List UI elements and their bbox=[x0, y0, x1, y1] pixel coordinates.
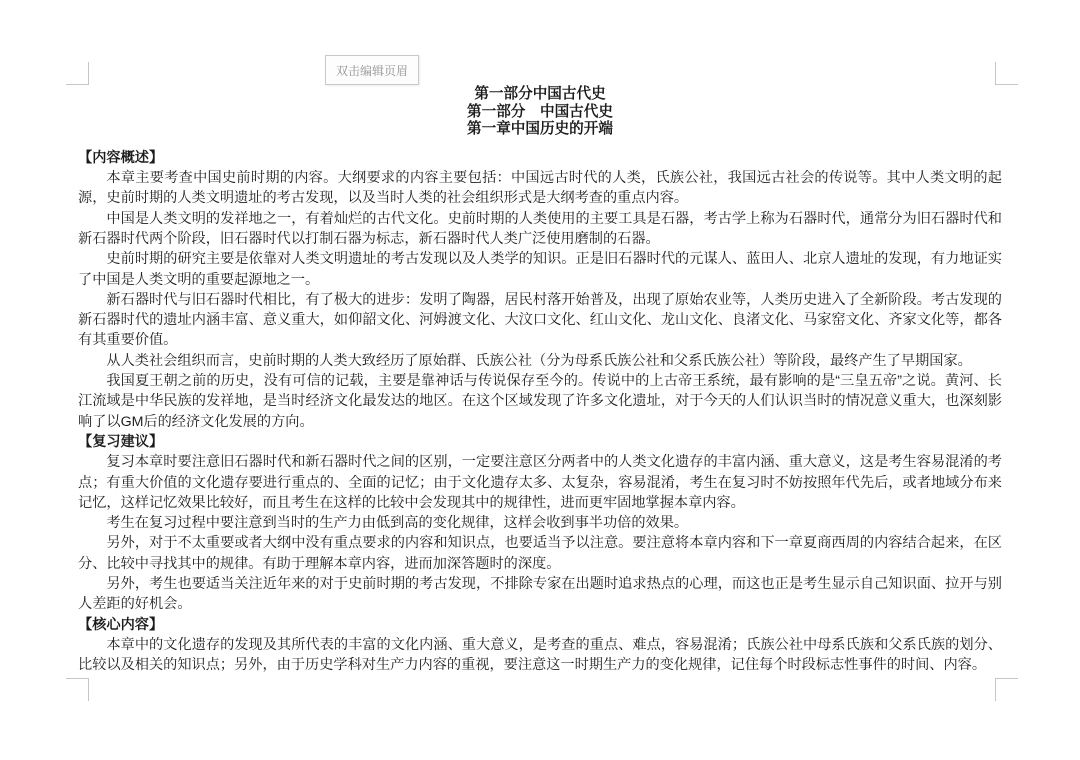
margin-corner-mark-top-left bbox=[66, 62, 89, 85]
paragraph: 本章主要考查中国史前时期的内容。大纲要求的内容主要包括：中国远古时代的人类，氏族… bbox=[78, 168, 1002, 209]
header-edit-placeholder[interactable]: 双击编辑页眉 bbox=[325, 55, 419, 85]
margin-corner-mark-bottom-right bbox=[995, 678, 1018, 701]
margin-corner-mark-top-right bbox=[995, 62, 1018, 85]
paragraph: 史前时期的研究主要是依靠对人类文明遗址的考古发现以及人类学的知识。正是旧石器时代… bbox=[78, 249, 1002, 290]
section-content-overview: 【内容概述】 本章主要考查中国史前时期的内容。大纲要求的内容主要包括：中国远古时… bbox=[78, 148, 1002, 432]
paragraph: 复习本章时要注意旧石器时代和新石器时代之间的区别，一定要注意区分两者中的人类文化… bbox=[78, 452, 1002, 513]
paragraph: 本章中的文化遗存的发现及其所代表的丰富的文化内涵、重大意义，是考查的重点、难点，… bbox=[78, 635, 1002, 676]
paragraph: 另外，对于不太重要或者大纲中没有重点要求的内容和知识点，也要适当予以注意。要注意… bbox=[78, 533, 1002, 574]
paragraph: 从人类社会组织而言，史前时期的人类大致经历了原始群、氏族公社（分为母系氏族公社和… bbox=[78, 351, 1002, 371]
title-block: 第一部分中国古代史 第一部分 中国古代史 第一章中国历史的开端 bbox=[78, 86, 1002, 139]
doc-title-line-3: 第一章中国历史的开端 bbox=[78, 121, 1002, 139]
margin-corner-mark-bottom-left bbox=[66, 678, 89, 701]
section-core-content: 【核心内容】 本章中的文化遗存的发现及其所代表的丰富的文化内涵、重大意义，是考查… bbox=[78, 615, 1002, 676]
doc-title-line-2: 第一部分 中国古代史 bbox=[78, 104, 1002, 122]
section-heading: 【内容概述】 bbox=[78, 148, 1002, 168]
document-page: 双击编辑页眉 第一部分中国古代史 第一部分 中国古代史 第一章中国历史的开端 【… bbox=[0, 0, 1080, 760]
section-review-advice: 【复习建议】 复习本章时要注意旧石器时代和新石器时代之间的区别，一定要注意区分两… bbox=[78, 432, 1002, 615]
doc-title-line-1: 第一部分中国古代史 bbox=[78, 86, 1002, 104]
section-heading: 【复习建议】 bbox=[78, 432, 1002, 452]
paragraph: 考生在复习过程中要注意到当时的生产力由低到高的变化规律，这样会收到事半功倍的效果… bbox=[78, 513, 1002, 533]
paragraph: 中国是人类文明的发祥地之一，有着灿烂的古代文化。史前时期的人类使用的主要工具是石… bbox=[78, 209, 1002, 250]
paragraph: 新石器时代与旧石器时代相比，有了极大的进步：发明了陶器，居民村落开始普及，出现了… bbox=[78, 290, 1002, 351]
paragraph: 我国夏王朝之前的历史，没有可信的记载，主要是靠神话与传说保存至今的。传说中的上古… bbox=[78, 371, 1002, 432]
header-edit-placeholder-label: 双击编辑页眉 bbox=[336, 62, 408, 79]
paragraph: 另外，考生也要适当关注近年来的对于史前时期的考古发现，不排除专家在出题时追求热点… bbox=[78, 574, 1002, 615]
document-body: 第一部分中国古代史 第一部分 中国古代史 第一章中国历史的开端 【内容概述】 本… bbox=[78, 86, 1002, 676]
section-heading: 【核心内容】 bbox=[78, 615, 1002, 635]
